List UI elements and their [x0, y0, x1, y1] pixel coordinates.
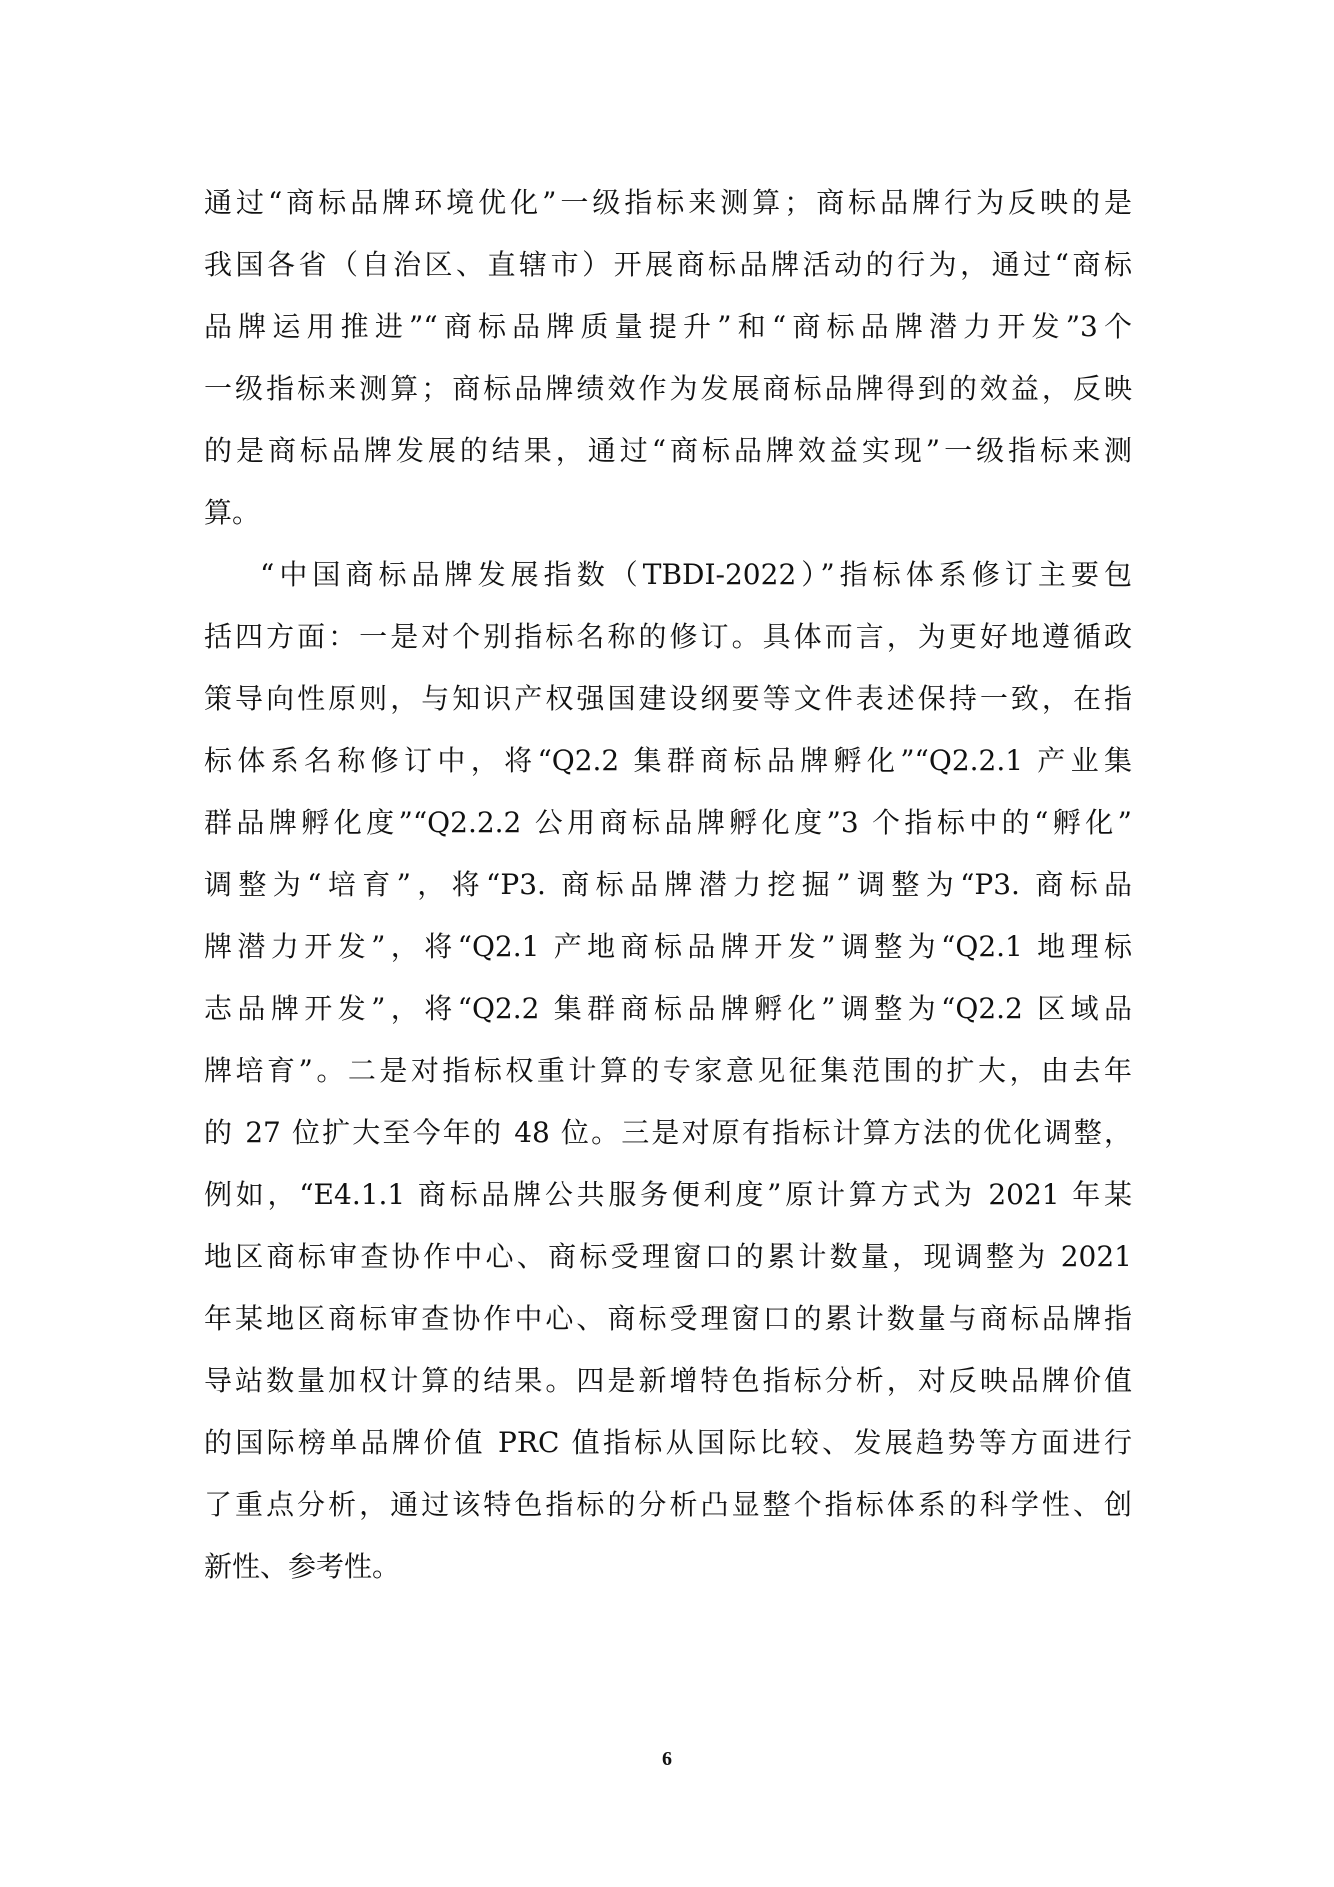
- text-line: 标体系名称修订中，将“Q2.2 集群商标品牌孵化”“Q2.2.1 产业集: [204, 730, 1132, 792]
- text-line: 策导向性原则，与知识产权强国建设纲要等文件表述保持一致，在指: [204, 668, 1132, 730]
- text-line: 例如，“E4.1.1 商标品牌公共服务便利度”原计算方式为 2021 年某: [204, 1164, 1132, 1226]
- text-line: 群品牌孵化度”“Q2.2.2 公用商标品牌孵化度”3 个指标中的“孵化”: [204, 792, 1132, 854]
- text-line: 品牌运用推进”“商标品牌质量提升”和“商标品牌潜力开发”3个: [204, 296, 1132, 358]
- text-line: 通过“商标品牌环境优化”一级指标来测算；商标品牌行为反映的是: [204, 172, 1132, 234]
- text-line: 算。: [204, 482, 1132, 544]
- paragraph-revision: “中国商标品牌发展指数（TBDI-2022）”指标体系修订主要包 括四方面：一是…: [204, 544, 1132, 1598]
- paragraph-continuation: 通过“商标品牌环境优化”一级指标来测算；商标品牌行为反映的是 我国各省（自治区、…: [204, 172, 1132, 544]
- text-line: 的 27 位扩大至今年的 48 位。三是对原有指标计算方法的优化调整，: [204, 1102, 1132, 1164]
- text-line: 我国各省（自治区、直辖市）开展商标品牌活动的行为，通过“商标: [204, 234, 1132, 296]
- document-page: 通过“商标品牌环境优化”一级指标来测算；商标品牌行为反映的是 我国各省（自治区、…: [0, 0, 1334, 1887]
- text-line: 新性、参考性。: [204, 1536, 1132, 1598]
- text-line-indented: “中国商标品牌发展指数（TBDI-2022）”指标体系修订主要包: [204, 544, 1132, 606]
- page-number: 6: [0, 1748, 1334, 1771]
- text-line: 年某地区商标审查协作中心、商标受理窗口的累计数量与商标品牌指: [204, 1288, 1132, 1350]
- text-line: 志品牌开发”，将“Q2.2 集群商标品牌孵化”调整为“Q2.2 区域品: [204, 978, 1132, 1040]
- body-text: 通过“商标品牌环境优化”一级指标来测算；商标品牌行为反映的是 我国各省（自治区、…: [204, 172, 1132, 1598]
- text-line: 一级指标来测算；商标品牌绩效作为发展商标品牌得到的效益，反映: [204, 358, 1132, 420]
- text-line: 导站数量加权计算的结果。四是新增特色指标分析，对反映品牌价值: [204, 1350, 1132, 1412]
- text-line: 的国际榜单品牌价值 PRC 值指标从国际比较、发展趋势等方面进行: [204, 1412, 1132, 1474]
- text-line: 括四方面：一是对个别指标名称的修订。具体而言，为更好地遵循政: [204, 606, 1132, 668]
- text-line: 调整为“培育”，将“P3. 商标品牌潜力挖掘”调整为“P3. 商标品: [204, 854, 1132, 916]
- text-line: 牌潜力开发”，将“Q2.1 产地商标品牌开发”调整为“Q2.1 地理标: [204, 916, 1132, 978]
- text-line: 的是商标品牌发展的结果，通过“商标品牌效益实现”一级指标来测: [204, 420, 1132, 482]
- text-line: 地区商标审查协作中心、商标受理窗口的累计数量，现调整为 2021: [204, 1226, 1132, 1288]
- text-line: 了重点分析，通过该特色指标的分析凸显整个指标体系的科学性、创: [204, 1474, 1132, 1536]
- text-line: 牌培育”。二是对指标权重计算的专家意见征集范围的扩大，由去年: [204, 1040, 1132, 1102]
